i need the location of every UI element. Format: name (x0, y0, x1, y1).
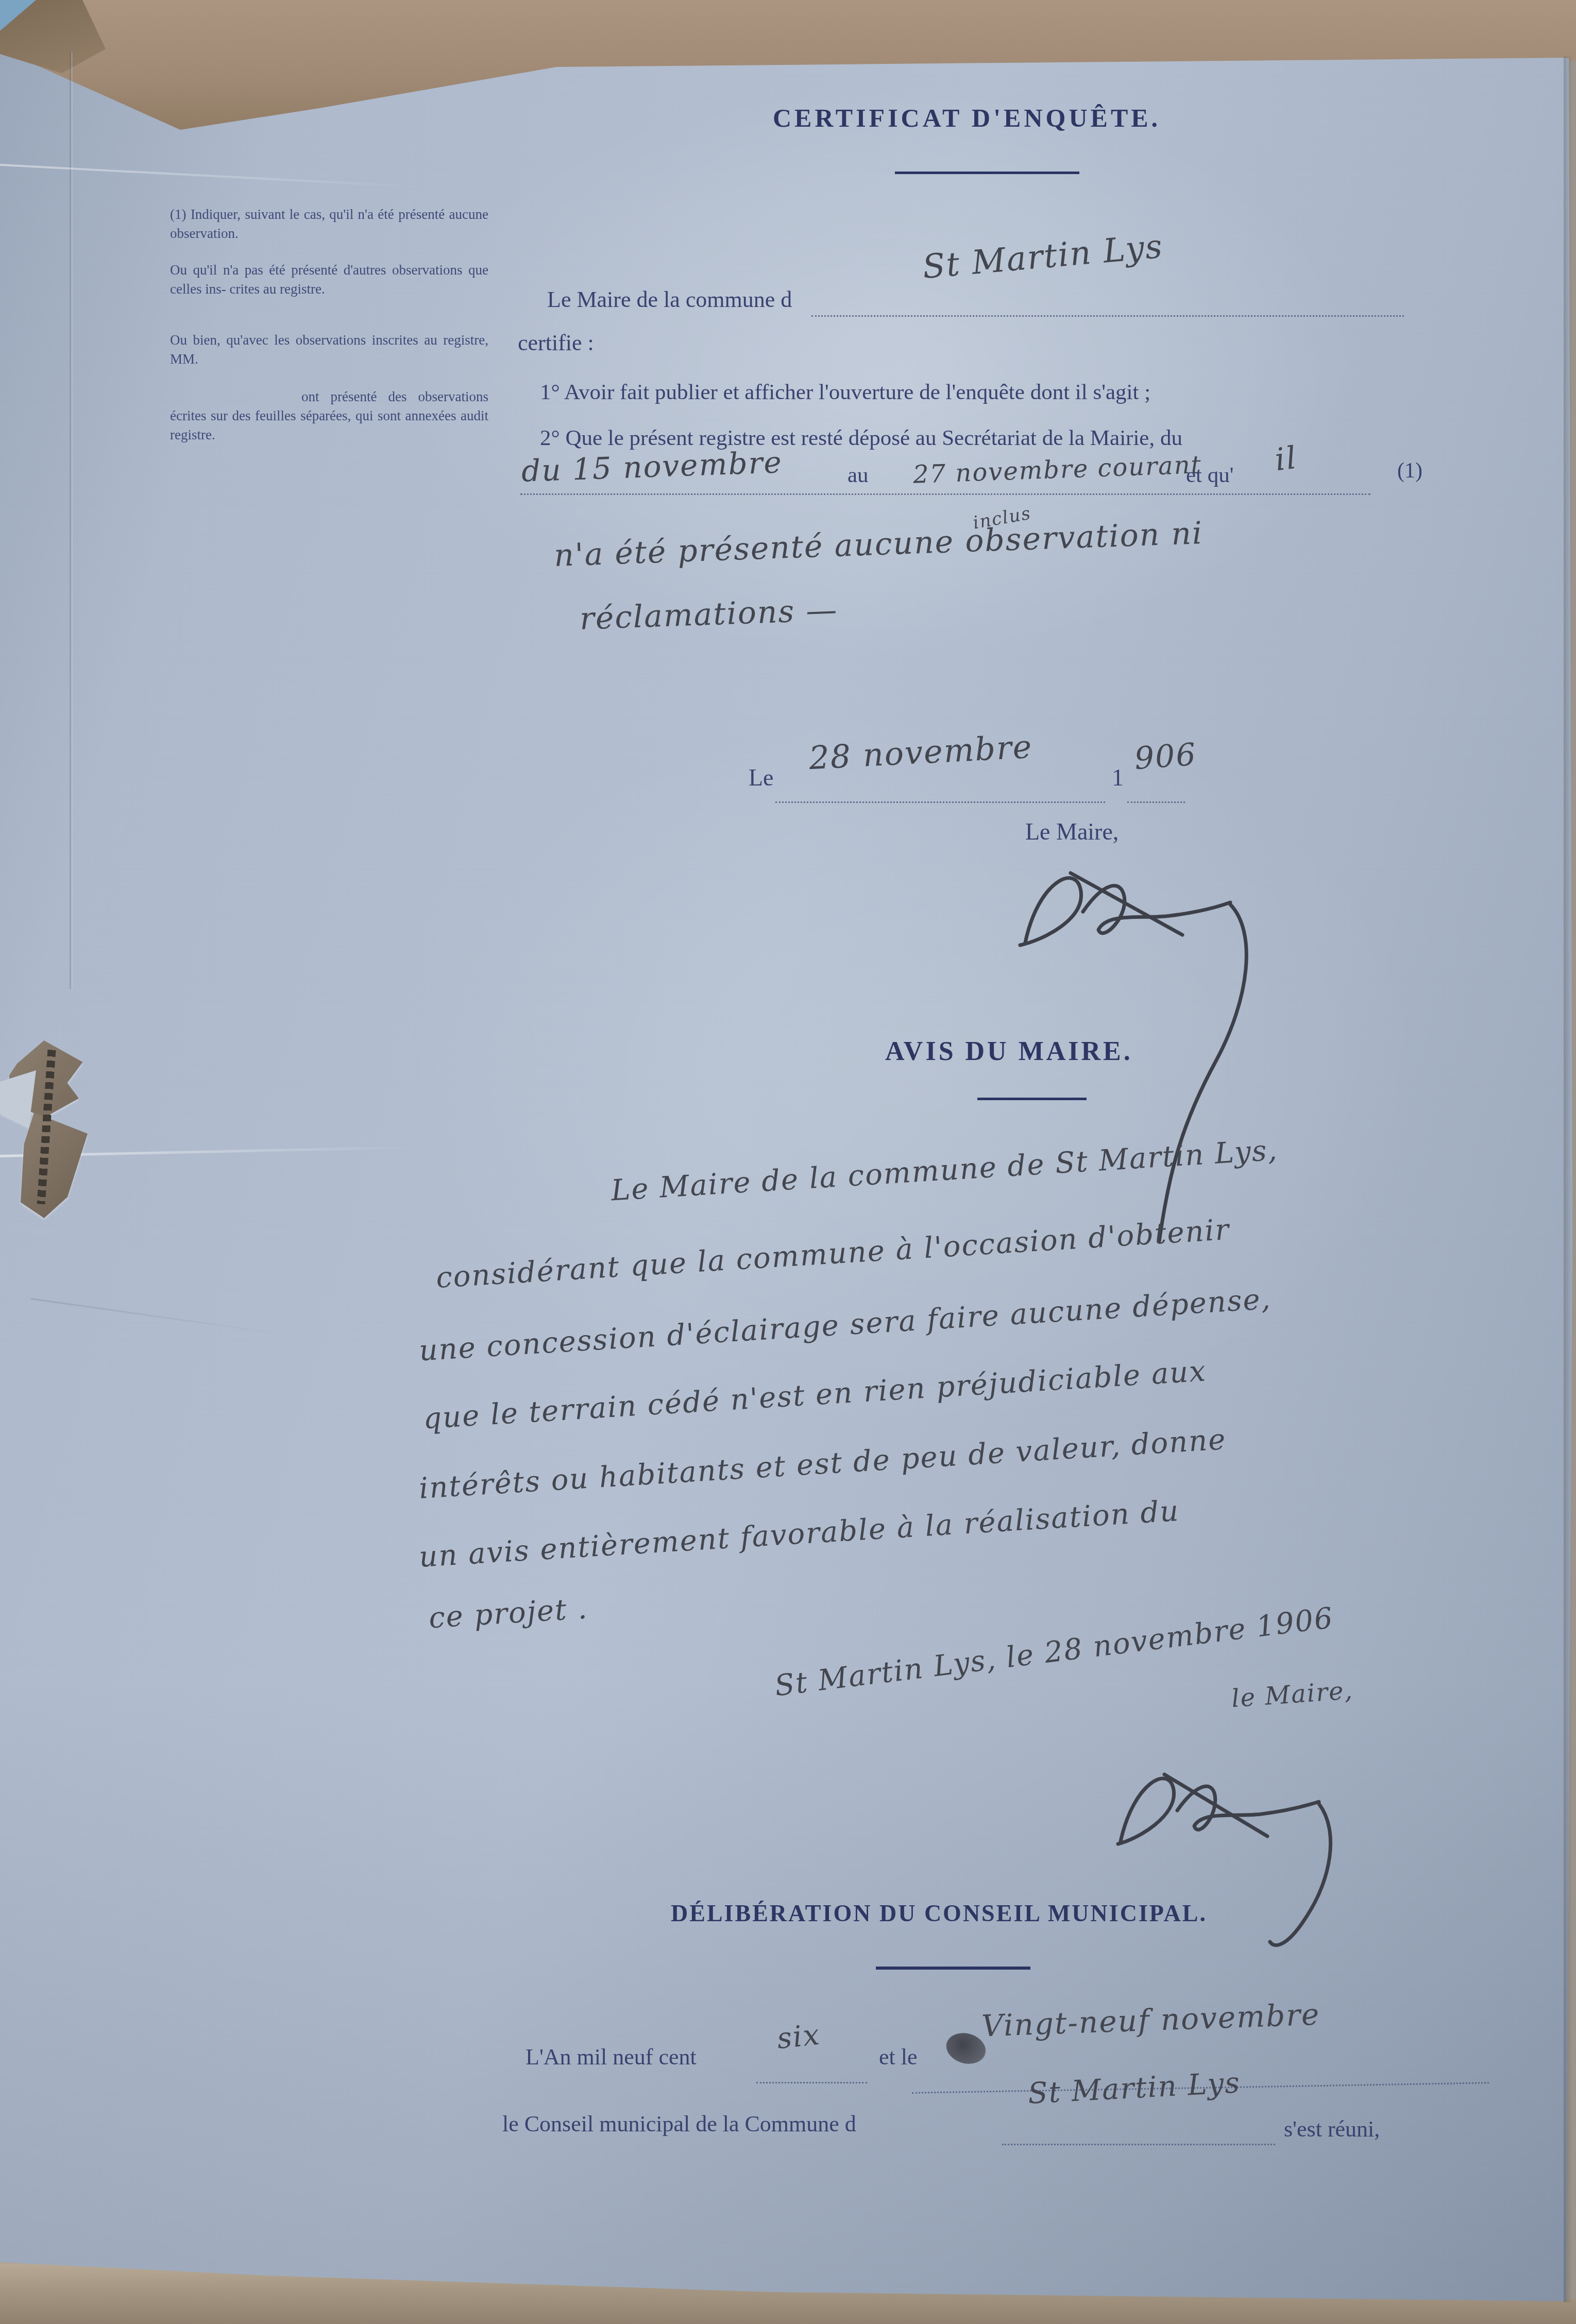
margin-footnote-3: Ou bien, qu'avec les observations inscri… (170, 331, 488, 369)
deliberation-heading: DÉLIBÉRATION DU CONSEIL MUNICIPAL. (671, 1900, 1207, 1927)
fill-in-line (520, 493, 1370, 495)
margin-footnote-2: Ou qu'il n'a pas été présenté d'autres o… (170, 261, 488, 299)
fill-in-line (811, 315, 1404, 317)
date-year-handwritten: 906 (1133, 737, 1198, 777)
printed-au: au (848, 463, 869, 488)
tear-opening (21, 1113, 88, 1218)
vertical-fold-crease (69, 52, 73, 989)
margin-footnote-4: ont présenté des observations écrites su… (170, 387, 488, 445)
sest-reuni-label: s'est réuni, (1284, 2116, 1380, 2142)
deliberation-underline (876, 1967, 1030, 1970)
date-year-prefix: 1 (1112, 764, 1124, 791)
fill-in-line (756, 2082, 867, 2083)
printed-et-qu: et qu' (1186, 463, 1234, 488)
mayor-commune-line: Le Maire de la commune d (547, 286, 792, 313)
page-right-edge-shadow (1564, 57, 1576, 2302)
avis-underline (977, 1098, 1087, 1100)
torn-binding-hole (0, 1040, 95, 1218)
date-le-label: Le (749, 764, 774, 791)
an-mil-neuf-cent-line: L'An mil neuf cent (526, 2044, 697, 2070)
torn-paper-flap (0, 1070, 36, 1127)
certify-label: certifie : (518, 330, 594, 356)
fill-in-line (1002, 2144, 1275, 2145)
title-underline (895, 172, 1079, 174)
il-handwritten: il (1273, 440, 1299, 479)
scanned-document: CERTIFICAT D'ENQUÊTE. (1) Indiquer, suiv… (0, 0, 1576, 2324)
fill-in-line (1127, 801, 1185, 803)
avis-heading: AVIS DU MAIRE. (885, 1036, 1133, 1067)
certificate-item-1: 1° Avoir fait publier et afficher l'ouve… (540, 380, 1150, 405)
year-handwritten: six (775, 2018, 822, 2056)
margin-footnote-1: (1) Indiquer, suivant le cas, qu'il n'a … (170, 205, 488, 243)
et-le-label: et le (879, 2044, 918, 2070)
conseil-municipal-line: le Conseil municipal de la Commune d (502, 2111, 856, 2137)
footnote-reference-mark: (1) (1397, 458, 1422, 483)
certificate-item-2: 2° Que le présent registre est resté dép… (540, 425, 1182, 451)
fill-in-line (775, 801, 1105, 803)
document-title: CERTIFICAT D'ENQUÊTE. (773, 103, 1161, 133)
